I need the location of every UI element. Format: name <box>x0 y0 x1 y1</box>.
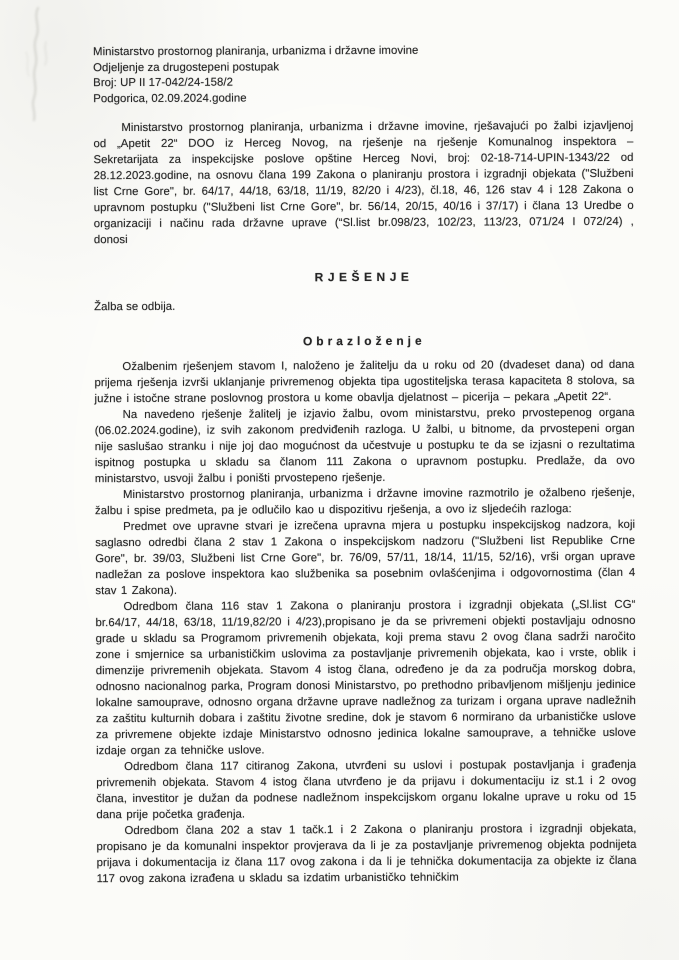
reasoning-title: Obrazloženje <box>94 332 634 350</box>
decision-title: RJEŠENJE <box>94 268 634 286</box>
reasoning-paragraph-3: Ministarstvo prostornog planiranja, urba… <box>95 485 635 519</box>
pencil-smudge-mark <box>8 2 98 132</box>
reasoning-paragraph-2: Na navedeno rješenje žalitelj je izjavio… <box>95 405 635 487</box>
reasoning-section: Ožalbenim rješenjem stavom I, naloženo j… <box>94 357 636 887</box>
place-and-date: Podgorica, 02.09.2024.godine <box>93 89 633 107</box>
reasoning-paragraph-5: Odredbom člana 116 stav 1 Zakona o plani… <box>95 597 636 759</box>
scanned-document-page: Ministarstvo prostornog planiranja, urba… <box>0 0 679 960</box>
reasoning-paragraph-4: Predmet ove upravne stvari je izrečena u… <box>95 517 635 599</box>
document-content: Ministarstvo prostornog planiranja, urba… <box>93 43 637 887</box>
letterhead: Ministarstvo prostornog planiranja, urba… <box>93 43 633 107</box>
reasoning-paragraph-7: Odredbom člana 202 a stav 1 tačk.1 i 2 Z… <box>96 821 636 887</box>
reasoning-paragraph-6: Odredbom člana 117 citiranog Zakona, utv… <box>96 757 636 823</box>
intro-paragraph: Ministarstvo prostornog planiranja, urba… <box>93 118 634 248</box>
reasoning-paragraph-1: Ožalbenim rješenjem stavom I, naloženo j… <box>94 357 634 407</box>
decision-statement: Žalba se odbija. <box>94 297 634 315</box>
